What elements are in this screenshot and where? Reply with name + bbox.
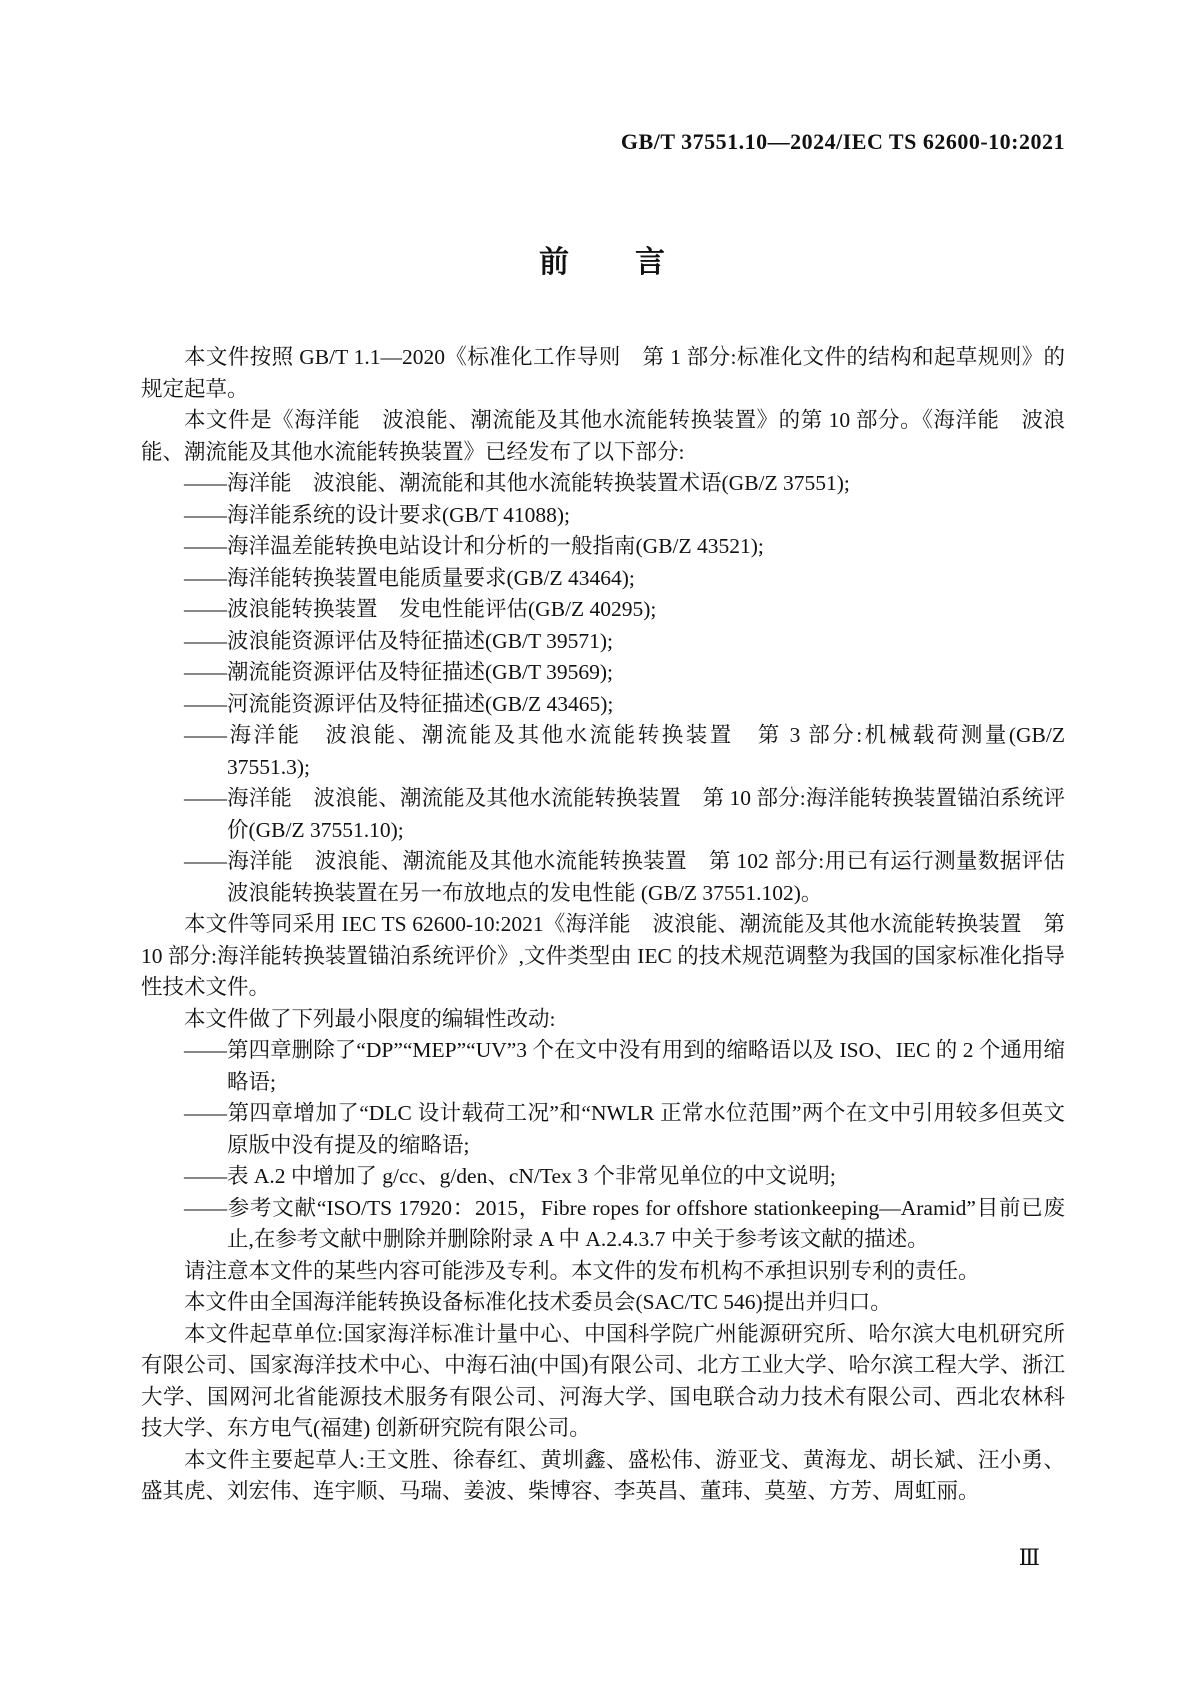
para-adoption: 本文件等同采用 IEC TS 62600-10:2021《海洋能 波浪能、潮流能… — [141, 909, 1065, 1004]
para-drafting-organizations: 本文件起草单位:国家海洋标准计量中心、中国科学院广州能源研究所、哈尔滨大电机研究… — [141, 1319, 1065, 1445]
list-item: ——海洋能 波浪能、潮流能及其他水流能转换装置 第 3 部分:机械载荷测量(GB… — [141, 720, 1065, 783]
list-item: ——波浪能资源评估及特征描述(GB/T 39571); — [141, 626, 1065, 658]
para-series-intro: 本文件是《海洋能 波浪能、潮流能及其他水流能转换装置》的第 10 部分。《海洋能… — [141, 405, 1065, 468]
para-patent-notice: 请注意本文件的某些内容可能涉及专利。本文件的发布机构不承担识别专利的责任。 — [141, 1256, 1065, 1288]
para-edits-intro: 本文件做了下列最小限度的编辑性改动: — [141, 1004, 1065, 1036]
list-item: ——海洋能 波浪能、潮流能及其他水流能转换装置 第 10 部分:海洋能转换装置锚… — [141, 783, 1065, 846]
list-item: ——波浪能转换装置 发电性能评估(GB/Z 40295); — [141, 594, 1065, 626]
list-item: ——第四章删除了“DP”“MEP”“UV”3 个在文中没有用到的缩略语以及 IS… — [141, 1035, 1065, 1098]
document-page: GB/T 37551.10—2024/IEC TS 62600-10:2021 … — [0, 0, 1191, 1685]
editorial-changes-list: ——第四章删除了“DP”“MEP”“UV”3 个在文中没有用到的缩略语以及 IS… — [141, 1035, 1065, 1256]
list-item: ——海洋能 波浪能、潮流能和其他水流能转换装置术语(GB/Z 37551); — [141, 468, 1065, 500]
list-item: ——河流能资源评估及特征描述(GB/Z 43465); — [141, 689, 1065, 721]
list-item: ——海洋温差能转换电站设计和分析的一般指南(GB/Z 43521); — [141, 531, 1065, 563]
page-content: GB/T 37551.10—2024/IEC TS 62600-10:2021 … — [141, 0, 1065, 1508]
para-drafting-basis: 本文件按照 GB/T 1.1—2020《标准化工作导则 第 1 部分:标准化文件… — [141, 342, 1065, 405]
list-item: ——海洋能 波浪能、潮流能及其他水流能转换装置 第 102 部分:用已有运行测量… — [141, 846, 1065, 909]
list-item: ——参考文献“ISO/TS 17920：2015，Fibre ropes for… — [141, 1193, 1065, 1256]
para-main-drafters: 本文件主要起草人:王文胜、徐春红、黄圳鑫、盛松伟、游亚戈、黄海龙、胡长斌、汪小勇… — [141, 1445, 1065, 1508]
published-parts-list: ——海洋能 波浪能、潮流能和其他水流能转换装置术语(GB/Z 37551); —… — [141, 468, 1065, 909]
list-item: ——第四章增加了“DLC 设计载荷工况”和“NWLR 正常水位范围”两个在文中引… — [141, 1098, 1065, 1161]
foreword-body: 本文件按照 GB/T 1.1—2020《标准化工作导则 第 1 部分:标准化文件… — [141, 342, 1065, 1508]
list-item: ——表 A.2 中增加了 g/cc、g/den、cN/Tex 3 个非常见单位的… — [141, 1161, 1065, 1193]
list-item: ——海洋能系统的设计要求(GB/T 41088); — [141, 500, 1065, 532]
list-item: ——海洋能转换装置电能质量要求(GB/Z 43464); — [141, 563, 1065, 595]
list-item: ——潮流能资源评估及特征描述(GB/T 39569); — [141, 657, 1065, 689]
para-committee: 本文件由全国海洋能转换设备标准化技术委员会(SAC/TC 546)提出并归口。 — [141, 1287, 1065, 1319]
page-title: 前 言 — [141, 245, 1065, 281]
standard-code-header: GB/T 37551.10—2024/IEC TS 62600-10:2021 — [141, 130, 1065, 154]
page-number: Ⅲ — [1019, 1544, 1040, 1572]
